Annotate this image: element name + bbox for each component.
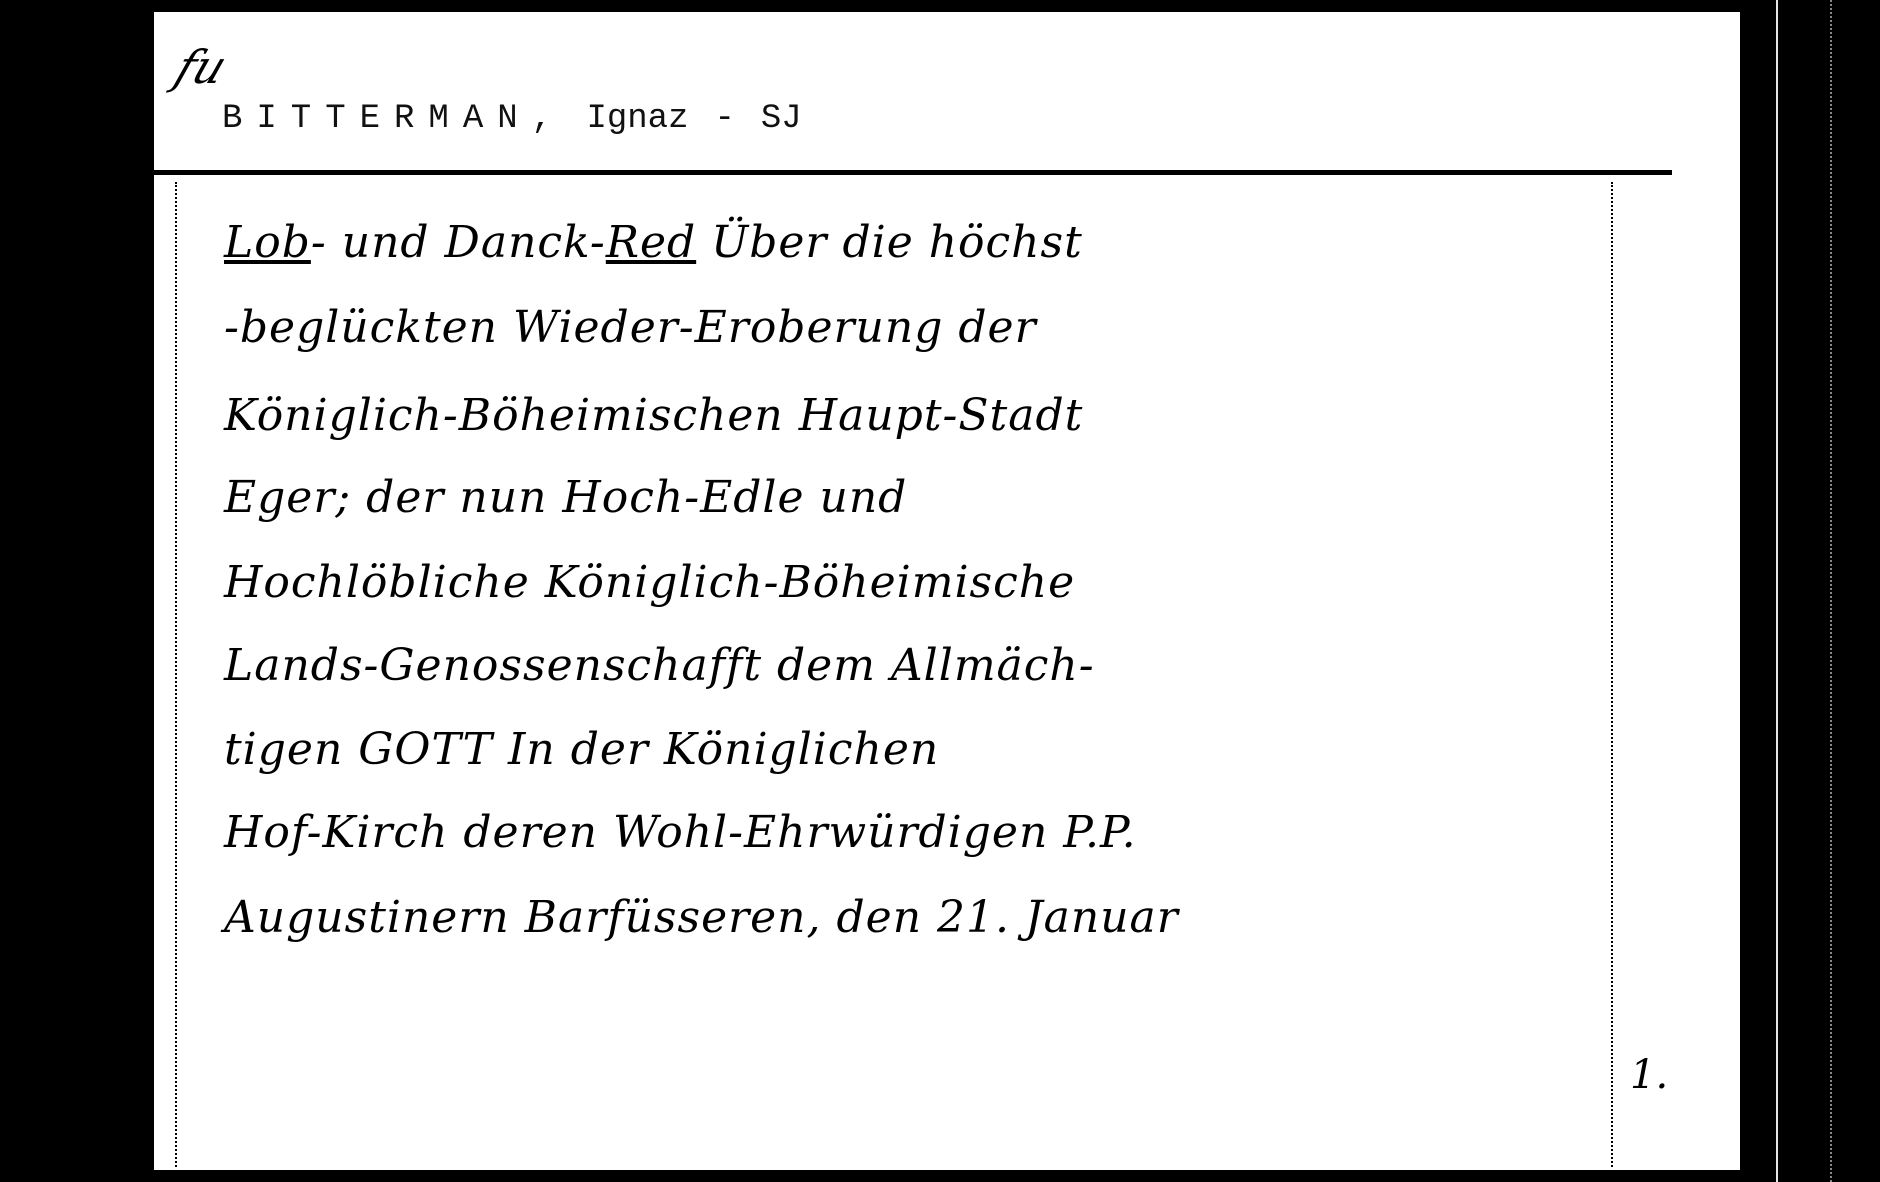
handwritten-line-7: tigen GOTT In der Königlichen bbox=[224, 724, 939, 775]
card-header: BITTERMAN, Ignaz-SJ bbox=[222, 100, 802, 138]
annotation-initials: fu bbox=[168, 40, 234, 94]
order-suffix: SJ bbox=[761, 100, 802, 138]
surname: BITTERMAN, bbox=[222, 100, 566, 138]
index-card: fu BITTERMAN, Ignaz-SJ Lob- und Danck-Re… bbox=[154, 12, 1740, 1170]
handwritten-line-6: Lands-Genossenschafft dem Allmäch- bbox=[224, 640, 1095, 691]
handwritten-line-2: -beglückten Wieder-Eroberung der bbox=[224, 302, 1037, 353]
header-separator: - bbox=[714, 100, 734, 138]
handwritten-line-5: Hochlöbliche Königlich-Böheimische bbox=[224, 557, 1075, 608]
underlined-word: Red bbox=[606, 217, 696, 268]
scan-edge-line bbox=[1776, 0, 1778, 1182]
handwritten-line-8: Hof-Kirch deren Wohl-Ehrwürdigen P.P. bbox=[224, 807, 1137, 858]
right-margin-guide bbox=[1611, 182, 1613, 1167]
page-marker: 1. bbox=[1630, 1052, 1668, 1098]
left-margin-guide bbox=[175, 182, 177, 1167]
given-name: Ignaz bbox=[586, 100, 688, 138]
handwritten-line-3: Königlich-Böheimischen Haupt-Stadt bbox=[224, 390, 1083, 441]
handwritten-line-4: Eger; der nun Hoch-Edle und bbox=[224, 472, 907, 523]
handwritten-line-1: Lob- und Danck-Red Über die höchst bbox=[224, 217, 1083, 268]
header-rule bbox=[154, 170, 1672, 175]
underlined-word: Lob bbox=[224, 217, 311, 268]
scan-edge-dots bbox=[1830, 0, 1832, 1182]
handwritten-line-9: Augustinern Barfüsseren, den 21. Januar bbox=[224, 892, 1179, 943]
